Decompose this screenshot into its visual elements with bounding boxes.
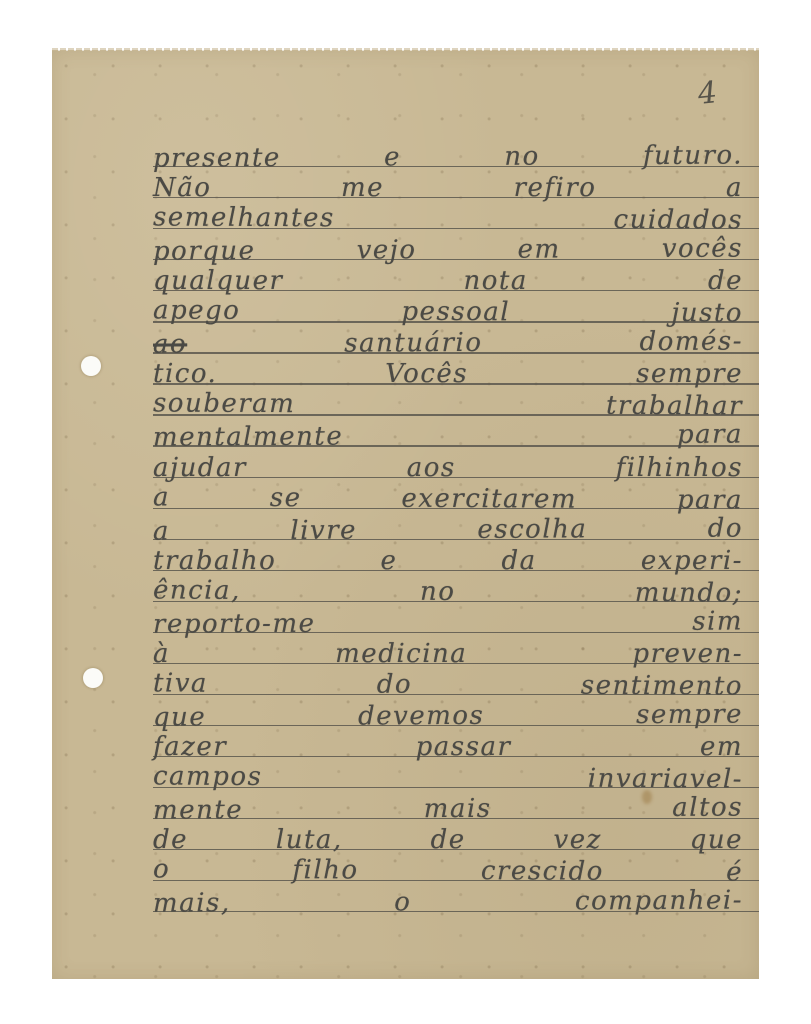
handwritten-line: aseexercitarempara: [153, 482, 759, 516]
handwritten-line: ajudaraosfilhinhos: [153, 453, 759, 484]
handwritten-word: qualquer: [153, 266, 283, 297]
punch-hole-bottom: [83, 668, 103, 688]
handwritten-line: semelhantescuidados: [153, 203, 759, 237]
handwritten-line: mentemaisaltos: [153, 793, 759, 827]
handwritten-word: de: [431, 825, 466, 856]
handwritten-word: experi-: [641, 546, 743, 577]
handwritten-word: mais,: [153, 888, 231, 919]
handwritten-line: camposinvariavel-: [153, 761, 759, 795]
handwritten-word: justo: [671, 298, 743, 329]
handwritten-word: tiva: [153, 668, 208, 699]
handwritten-word: no: [420, 576, 456, 607]
handwritten-word: futuro.: [643, 140, 743, 172]
handwritten-word: filho: [292, 855, 358, 886]
handwritten-word: escolha: [477, 514, 587, 546]
handwritten-word: sentimento: [581, 671, 743, 703]
handwritten-word: Não: [153, 173, 211, 204]
handwritten-word: nota: [464, 266, 528, 297]
handwritten-word: domés-: [639, 327, 743, 359]
handwritten-line: alivreescolhado: [153, 513, 759, 547]
handwritten-word: do: [708, 513, 743, 544]
handwritten-word: mais: [424, 794, 492, 825]
handwritten-word: no: [504, 142, 540, 173]
handwritten-word: e: [384, 142, 401, 173]
handwritten-word: tico.: [153, 359, 217, 390]
handwritten-word: ao: [153, 330, 187, 361]
handwritten-word: passar: [416, 732, 512, 763]
handwritten-word: vez: [554, 825, 602, 856]
handwritten-word: companhei-: [575, 886, 743, 918]
handwritten-word: porque: [153, 236, 256, 268]
handwritten-word: vocês: [662, 234, 743, 265]
handwritten-word: sempre: [636, 699, 743, 731]
handwritten-word: em: [518, 235, 561, 266]
page-number: 4: [696, 75, 719, 112]
handwritten-word: crescido: [481, 856, 604, 888]
handwritten-word: semelhantes: [153, 203, 335, 235]
handwritten-word: de: [708, 266, 743, 297]
handwritten-line: deluta,devezque: [153, 825, 759, 856]
handwritten-word: sempre: [636, 359, 743, 390]
handwritten-word: pessoal: [401, 297, 510, 329]
handwritten-word: me: [341, 173, 384, 204]
handwritten-word: cuidados: [614, 205, 744, 237]
handwritten-word: apego: [153, 296, 240, 327]
handwritten-word: se: [270, 483, 302, 514]
handwritten-word: medicina: [335, 639, 467, 670]
handwritten-word: fazer: [153, 732, 227, 763]
handwritten-word: santuário: [344, 328, 482, 360]
handwritten-line: Nãomerefiroa: [153, 173, 759, 204]
handwritten-word: a: [726, 173, 743, 204]
handwritten-word: o: [394, 887, 411, 918]
handwritten-line: fazerpassarem: [153, 732, 759, 763]
handwritten-word: devemos: [358, 701, 484, 733]
handwritten-line: qualquernotade: [153, 266, 759, 297]
handwritten-word: da: [502, 546, 537, 577]
handwritten-word: aos: [407, 453, 456, 484]
handwritten-word: presente: [153, 143, 281, 175]
handwritten-word: de: [153, 825, 188, 856]
handwritten-word: ajudar: [153, 453, 247, 484]
handwritten-line: ofilhocrescidoé: [153, 855, 759, 889]
handwritten-word: vejo: [357, 235, 417, 266]
handwritten-line: trabalhoedaexperi-: [153, 546, 759, 577]
handwritten-line: mentalmentepara: [153, 420, 759, 454]
handwritten-word: a: [153, 482, 170, 513]
handwritten-line: aosantuáriodomés-: [153, 327, 759, 361]
handwritten-word: para: [677, 420, 743, 451]
handwritten-word: à: [153, 639, 170, 670]
handwritten-word: invariavel-: [588, 764, 743, 796]
handwritten-line: tico.Vocêssempre: [153, 359, 759, 390]
handwritten-word: preven-: [632, 639, 743, 670]
handwritten-word: mentalmente: [153, 422, 343, 454]
handwritten-word: souberam: [153, 389, 296, 421]
handwritten-word: campos: [153, 761, 263, 793]
handwritten-word: e: [380, 546, 397, 577]
handwritten-word: que: [690, 825, 743, 856]
handwritten-word: trabalho: [153, 546, 276, 577]
handwritten-word: luta,: [276, 825, 343, 856]
handwritten-word: que: [153, 702, 206, 733]
handwritten-line: tivadosentimento: [153, 668, 759, 702]
handwritten-word: mundo;: [635, 578, 743, 610]
handwritten-word: livre: [290, 515, 357, 546]
handwritten-line: àmedicinapreven-: [153, 639, 759, 670]
handwritten-word: Vocês: [385, 359, 468, 390]
handwritten-word: para: [677, 485, 743, 516]
handwritten-word: refiro: [514, 173, 597, 204]
handwritten-line: mais,ocompanhei-: [153, 886, 759, 920]
handwritten-word: em: [700, 732, 743, 763]
handwritten-word: sim: [692, 606, 743, 637]
handwritten-line: reporto-mesim: [153, 606, 759, 640]
handwritten-line: porquevejoemvocês: [153, 234, 759, 268]
handwritten-word: ência,: [153, 575, 241, 606]
handwritten-line: presenteenofuturo.: [153, 140, 759, 174]
handwritten-word: mente: [153, 795, 243, 826]
handwritten-word: a: [153, 516, 170, 547]
handwritten-line: ência,nomundo;: [153, 575, 759, 609]
handwritten-word: reporto-me: [153, 609, 316, 641]
handwritten-word: filhinhos: [616, 453, 743, 484]
handwritten-word: o: [153, 855, 170, 886]
handwritten-word: exercitarem: [401, 483, 577, 515]
handwritten-word: trabalhar: [606, 391, 743, 423]
handwritten-word: do: [377, 669, 412, 700]
handwritten-word: é: [726, 858, 743, 889]
handwritten-line: apegopessoaljusto: [153, 296, 759, 330]
handwritten-word: altos: [672, 793, 743, 824]
punch-hole-top: [81, 356, 101, 376]
handwritten-line: quedevemossempre: [153, 699, 759, 733]
handwritten-line: souberamtrabalhar: [153, 389, 759, 423]
